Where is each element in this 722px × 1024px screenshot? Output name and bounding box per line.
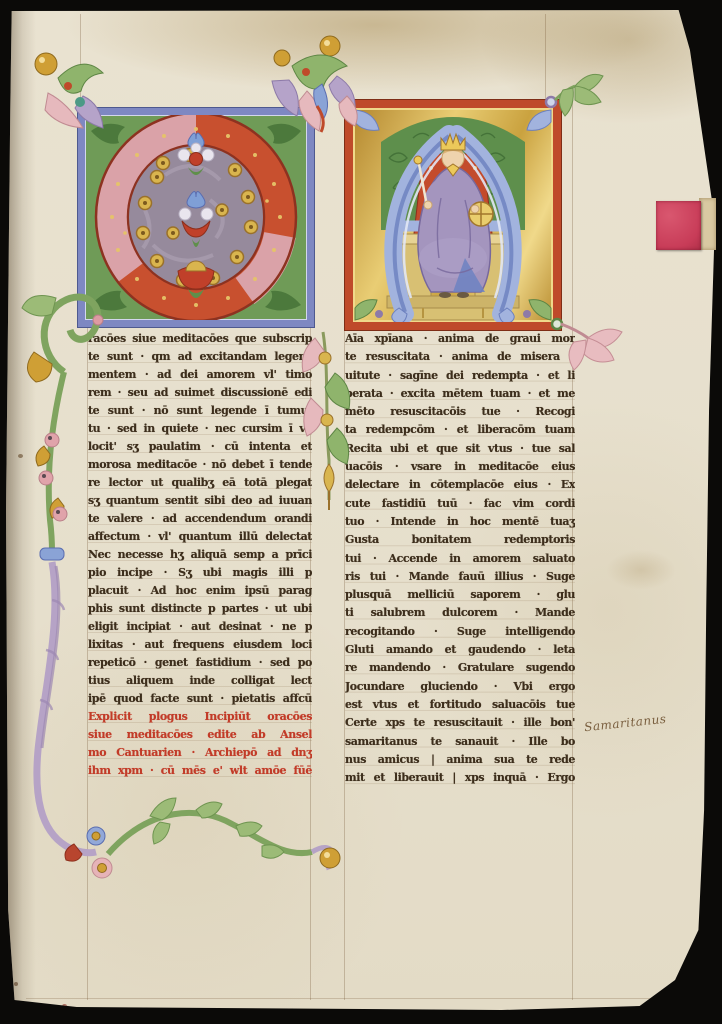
text-line: Nec necesse hʒ aliquā semp a prīci	[88, 546, 312, 564]
ruling-line	[545, 14, 546, 102]
text-line: re lector ut qualibʒ eā totā plegat	[88, 474, 312, 492]
text-line: te sunt · qm ad excitandam legens	[88, 348, 312, 366]
text-line: delectare in cōtemplacōe eius · Ex	[345, 476, 575, 494]
text-line: Recita ubi et que sit vtus · tue sal	[345, 440, 575, 458]
text-line: ris tui · Mande fauū illius · Suge	[345, 568, 575, 586]
text-line: Aīa xpīana · anima de graui mor	[345, 330, 575, 348]
text-line: uitute · sagīne dei redempta · et li	[345, 367, 575, 385]
rubric-block: Explicit plogus Incipiūt oracōessiue med…	[88, 708, 312, 780]
rubric-line: ihm xpm · cū mēs e' wlt amōe fūē	[88, 762, 312, 780]
meditation-text-block: Aīa xpīana · anima de graui morte resusc…	[345, 330, 575, 787]
text-line: recogitando · Suge intelligendo	[345, 623, 575, 641]
text-line: berata · excita mētem tuam · et me	[345, 385, 575, 403]
text-line: te resuscitata · anima de misera s	[345, 348, 575, 366]
text-line: re mandendo · Gratulare sugendo	[345, 659, 575, 677]
text-line: eligit incipiat · aut desinat · ne p	[88, 618, 312, 636]
text-line: nus amicus | anima sua te rede	[345, 751, 575, 769]
text-line: tui · Accende in amorem saluato	[345, 550, 575, 568]
rubric-line: siue meditacōes edite ab Ansel	[88, 726, 312, 744]
ruling-line	[80, 14, 81, 110]
text-line: locit' sʒ paulatim · cū intenta et	[88, 438, 312, 456]
historiated-initial-A-panel	[345, 100, 561, 330]
text-line: lixitas · aut frequens eiusdem loci	[88, 636, 312, 654]
gutter-shadow	[6, 10, 36, 1010]
text-line: Gluti amando et gaudendo · leta	[345, 641, 575, 659]
text-line: mit et liberauit | xps inquā · Ergo	[345, 769, 575, 787]
text-line: ipē quod facte sunt · pietatis affcū	[88, 690, 312, 708]
text-line: rem · seu ad suimet discussionē edi	[88, 384, 312, 402]
initial-O-artwork	[85, 115, 307, 320]
text-line: Jocundare gluciendo · Vbi ergo	[345, 678, 575, 696]
text-line: tius aliquem inde colligat lect	[88, 672, 312, 690]
text-line: pio incipe · Sʒ ubi magis illi p	[88, 564, 312, 582]
stain-speck	[14, 982, 18, 986]
stain-speck	[62, 1004, 67, 1008]
text-line: tu · sed in quiete · nec cursim ī ve	[88, 420, 312, 438]
prologue-text-block: racōes siue meditacōes que subscripte su…	[88, 330, 312, 708]
text-line: te sunt · nō sunt legende ī tumul	[88, 402, 312, 420]
stain-speck	[18, 454, 23, 458]
photograph-backdrop: racōes siue meditacōes que subscripte su…	[0, 0, 722, 1024]
text-line: mēto resuscitacōis tue · Recogi	[345, 403, 575, 421]
fore-edge-tab	[656, 201, 701, 250]
text-line: morosa meditacōe · nō debet ī tende	[88, 456, 312, 474]
text-line: affectum · vl' quantum illū delectat	[88, 528, 312, 546]
ruling-line	[26, 998, 656, 999]
rubric-line: Explicit plogus Incipiūt oracōes	[88, 708, 312, 726]
initial-A-artwork	[353, 108, 553, 322]
text-line: te valere · ad accendendum orandi	[88, 510, 312, 528]
text-line: cute fastidiū tuū · fac vim cordi	[345, 495, 575, 513]
text-column-left: racōes siue meditacōes que subscripte su…	[88, 330, 312, 780]
stain-patch	[606, 550, 676, 590]
text-line: Certe xps te resuscitauit · ille bon'	[345, 714, 575, 732]
text-line: ta redempcōm · et liberacōm tuam	[345, 421, 575, 439]
text-column-right: Aīa xpīana · anima de graui morte resusc…	[345, 330, 575, 787]
historiated-initial-O-panel	[78, 108, 314, 327]
rubric-line: mo Cantuarien · Archiepō ad dnʒ	[88, 744, 312, 762]
text-line: mentem · ad dei amorem vl' timo	[88, 366, 312, 384]
text-line: Gusta bonitatem redemptoris	[345, 531, 575, 549]
text-line: racōes siue meditacōes que subscrip	[88, 330, 312, 348]
text-line: phis sunt distincte p partes · ut ubi	[88, 600, 312, 618]
text-line: ti salubrem dulcorem · Mande	[345, 604, 575, 622]
text-line: est vtus et fortitudo saluacōis tue	[345, 696, 575, 714]
text-line: uacōis · vsare in meditacōe eius	[345, 458, 575, 476]
text-line: placuit · Ad hoc enim ipsū parag	[88, 582, 312, 600]
text-line: samaritanus te sanauit · Ille bo	[345, 733, 575, 751]
text-line: sʒ quantum sentit sibi deo ad iuuan	[88, 492, 312, 510]
text-line: tuo · Intende in hoc mentē tuaʒ	[345, 513, 575, 531]
text-line: plusquā melliciū saporem · glu	[345, 586, 575, 604]
fore-edge-tab-backing	[699, 198, 716, 250]
text-line: repeticō · genet fastidium · sed po	[88, 654, 312, 672]
